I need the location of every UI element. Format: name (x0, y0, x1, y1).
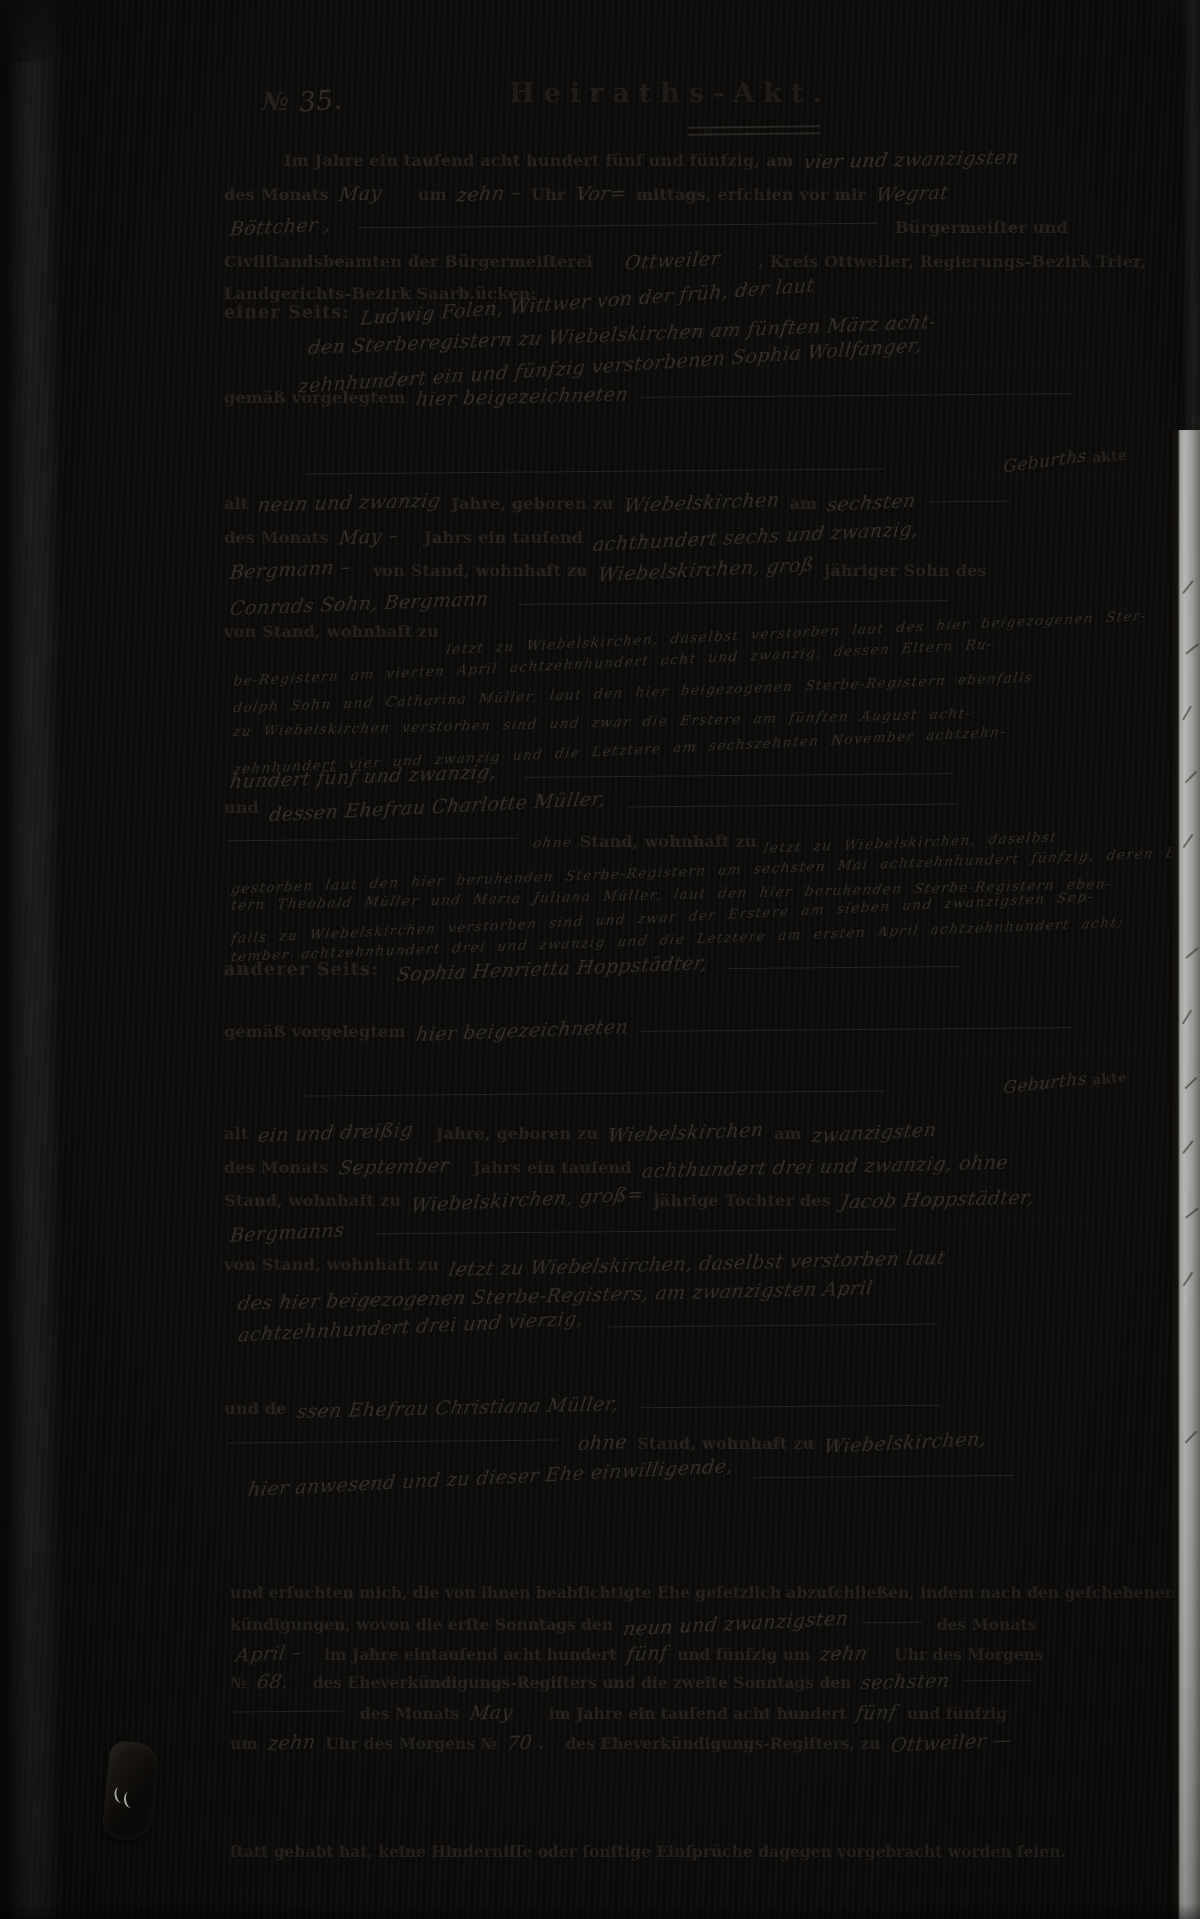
document-line: be-Registern am vierten April achtzehnhu… (228, 652, 999, 671)
document-line: gemäß vorgelegtemhier beigezeichneten (222, 1020, 1076, 1042)
spacer (521, 1718, 547, 1719)
handwritten-text: Vor= (574, 182, 628, 205)
spacer (390, 199, 416, 200)
printed-text: Civilſtandsbeamten der Bürgermeiſterei (224, 252, 593, 271)
form-rule (754, 1475, 1014, 1478)
spacer (359, 575, 371, 576)
handwritten-text: achthundert sechs und zwanzig, (592, 518, 921, 556)
document-line: unddessen Ehefrau Charlotte Müller, (222, 796, 962, 818)
document-line: ohneStand, wohnhaft zuWiebelskirchen, (222, 1432, 995, 1454)
handwritten-text: ssen Ehefrau Christiana Müller, (295, 1393, 620, 1423)
form-rule (227, 838, 517, 842)
document-line (300, 1086, 890, 1105)
printed-text: des Monats (224, 528, 329, 547)
handwritten-text: zehn (819, 1642, 870, 1665)
handwritten-text: ein und dreißig (257, 1119, 415, 1147)
handwritten-text: zehn – (455, 181, 522, 206)
printed-text: am (774, 1124, 802, 1143)
handwritten-text: Bergmann – (229, 556, 352, 584)
spacer (876, 1659, 892, 1660)
printed-text: Stand, wohnhaft zu (224, 1191, 401, 1210)
form-rule (729, 966, 959, 969)
document-line: Geburthsakte (999, 1066, 1129, 1097)
printed-text: im Jahre eintauſend acht hundert (324, 1645, 616, 1664)
printed-text: jährige Tochter des (654, 1191, 831, 1210)
handwritten-text: hundert fünf und zwanzig, (229, 761, 499, 793)
printed-text: Jahrs ein tauſend (424, 528, 583, 547)
spacer (505, 782, 519, 783)
document-line: gestorben laut den hier beruhenden Sterb… (226, 860, 1194, 879)
printed-text: alt (224, 494, 248, 513)
spacer (381, 974, 389, 975)
form-rule (862, 1622, 922, 1624)
printed-text: Jahrs ein tauſend (473, 1158, 632, 1177)
handwritten-text: Bergmanns (229, 1219, 346, 1247)
printed-text: und de (224, 1399, 287, 1418)
document-line: zehnhundert vier und zwanzig und die Let… (228, 740, 1012, 759)
document-line: dolph Sohn und Catharina Müller, laut de… (228, 682, 1039, 701)
spacer (614, 812, 622, 813)
handwritten-text: Wiebelskirchen (607, 1119, 766, 1147)
document-line: kündigungen, wovon die erſte Sonntags de… (228, 1613, 1038, 1635)
printed-text: des Eheverkündigungs-Regiſters und die z… (313, 1673, 852, 1692)
document-line: hier anwesend und zu dieser Ehe einwilli… (240, 1467, 1019, 1489)
document-line: Bergmann –von Stand, wohnhaft zuWiebelsk… (222, 559, 989, 581)
document-line: umzehnUhr des Morgens №70 .des Eheverkün… (228, 1732, 1020, 1754)
printed-text: jähriger Sohn des (824, 561, 987, 580)
spacer (592, 1332, 602, 1333)
handwritten-text: hier beigezeichneten (414, 1016, 629, 1046)
form-rule (641, 393, 1071, 398)
handwritten-text: Sophia Henrietta Hoppstädter, (395, 952, 709, 986)
document-line: Im Jahre ein tauſend acht hundert fünf u… (282, 149, 1026, 171)
document-line: des MonatsMay –Jahrs ein tauſendachthund… (222, 526, 927, 548)
printed-text: alt (224, 1124, 248, 1143)
document-line: achtzehnhundert drei und vierzig, (230, 1316, 942, 1338)
document-scan: { "header": { "no_label": "№", "no_value… (0, 0, 1200, 1919)
handwritten-text: neun und zwanzig (257, 490, 443, 517)
document-line: ohneStand, wohnhaft zuletzt zu Wiebelski… (222, 832, 1062, 851)
document-line: Civilſtandsbeamten der BürgermeiſtereiOt… (222, 250, 1148, 272)
handwritten-text: Conrads Sohn, Bergmann (229, 588, 491, 620)
printed-text: Stand, wohnhaft zu (580, 832, 757, 851)
document-line: des MonatsSeptemberJahrs ein tauſendacht… (222, 1156, 1016, 1178)
spacer (627, 1413, 635, 1414)
spacer (716, 974, 724, 975)
spacer (522, 846, 528, 847)
printed-text: akte (1091, 448, 1127, 467)
document-line: von Stand, wohnhaft zuletzt zu Wiebelski… (222, 622, 1153, 641)
spacer (553, 1748, 563, 1749)
handwritten-text: hier beigezeichneten (414, 383, 630, 410)
document-line: altneun und zwanzigJahre, geboren zuWieb… (222, 492, 1014, 514)
printed-text: des Monats (224, 1158, 329, 1177)
form-rule (640, 1405, 940, 1409)
handwritten-text: Geburths (1003, 446, 1087, 478)
spacer (422, 1138, 434, 1139)
printed-text: № (230, 1673, 247, 1692)
handwritten-text: April – (235, 1641, 304, 1666)
spacer (883, 232, 893, 233)
document-line: Bergmanns (222, 1222, 901, 1244)
printed-text: und erſuchten mich, die von ihnen beabſi… (230, 1583, 1200, 1602)
document-line: und dessen Ehefrau Christiana Müller, (222, 1397, 945, 1419)
handwritten-text: hier anwesend und zu dieser Ehe einwilli… (247, 1455, 735, 1501)
printed-text: und fünfzig um (677, 1645, 810, 1664)
printed-text: am (789, 494, 817, 513)
spacer (562, 1448, 570, 1449)
spacer (406, 542, 422, 543)
printed-text: um (230, 1734, 258, 1753)
form-rule (929, 501, 1009, 503)
handwritten-text: fünf (625, 1642, 668, 1666)
printed-text: kündigungen, wovon die erſte Sonntags de… (230, 1615, 613, 1634)
page-title: Heiraths-Akt. (430, 78, 910, 109)
document-line: Stand, wohnhaft zuWiebelskirchen, groß=j… (222, 1189, 1042, 1211)
printed-text: akte (1091, 1070, 1127, 1089)
handwritten-text: ohne (532, 834, 574, 851)
document-line: Geburthsakte (999, 444, 1129, 475)
facing-page-edge (1168, 0, 1200, 430)
document-line: anderer Seits:Sophia Henrietta Hoppstädt… (222, 958, 964, 980)
title-underline (688, 125, 820, 135)
document-line: hundert fünf und zwanzig, (222, 766, 959, 788)
form-rule (524, 773, 954, 778)
handwritten-text: letzt zu Wiebelskirchen, daselbst versto… (448, 1247, 948, 1281)
handwritten-text: sechsten (860, 1670, 952, 1694)
handwritten-text: Böttcher , (229, 213, 333, 240)
form-rule (607, 1324, 937, 1328)
document-line: tember achtzehnhundert drei und zwanzig … (226, 929, 1129, 948)
handwritten-text: zwanzigsten (810, 1119, 937, 1147)
printed-text: von Stand, wohnhaft zu (224, 622, 439, 641)
handwritten-text: 68. (255, 1671, 290, 1694)
printed-text: Im Jahre ein tauſend acht hundert fünf u… (284, 151, 794, 170)
spacer (348, 1718, 358, 1719)
spacer (457, 1172, 471, 1173)
handwritten-text: September (337, 1155, 451, 1180)
printed-text: Jahre, geboren zu (436, 1124, 598, 1143)
handwritten-text: Wiebelskirchen (622, 489, 781, 517)
document-line: des MonatsMayim Jahre ein tauſend acht h… (228, 1702, 1009, 1724)
form-rule (518, 600, 948, 605)
form-rule (305, 468, 885, 474)
spacer (339, 232, 353, 233)
printed-text: mittags, erſchien vor mir (636, 185, 866, 204)
form-rule (641, 1027, 1071, 1032)
document-line: altein und dreißigJahre, geboren zuWiebe… (222, 1122, 944, 1144)
printed-text: im Jahre ein tauſend acht hundert (549, 1704, 847, 1723)
handwritten-text: neun und zwanzigsten (622, 1607, 850, 1640)
printed-text: Bürgermeiſter und (895, 218, 1068, 237)
book-binding-shadow (0, 0, 62, 1919)
form-rule (358, 223, 878, 229)
handwritten-text: Ottweiler (624, 248, 722, 275)
document-line: einer Seits: (222, 303, 352, 323)
record-number-value: 35. (298, 85, 343, 119)
printed-text: Uhr (531, 185, 566, 204)
numero-sign: № (262, 87, 289, 116)
spacer (497, 609, 513, 610)
document-line: und erſuchten mich, die von ihnen beabſi… (228, 1583, 1200, 1602)
handwritten-text: 70 . (506, 1731, 547, 1755)
document-page: №35. Heiraths-Akt. Im Jahre ein tauſend … (0, 0, 1200, 1919)
printed-text: von Stand, wohnhaft zu (373, 561, 588, 580)
document-line: zu Wiebelskirchen verstorben sind und zw… (228, 712, 977, 731)
handwritten-text: ohne (577, 1431, 629, 1455)
spacer (297, 1687, 311, 1688)
spacer (310, 1659, 322, 1660)
handwritten-text: May (337, 182, 383, 206)
handwritten-text: fünf (855, 1701, 899, 1724)
handwritten-text: dessen Ehefrau Charlotte Müller, (268, 788, 607, 827)
printed-text: Jahre, geboren zu (451, 494, 613, 513)
handwritten-text: achthundert drei und zwanzig, ohne (640, 1151, 1010, 1182)
form-rule (963, 1680, 1033, 1682)
printed-text: des Monats (360, 1704, 460, 1723)
record-number: №35. (262, 86, 342, 117)
spacer (927, 1629, 935, 1630)
document-line: April –im Jahre eintauſend acht hundertf… (228, 1643, 1046, 1665)
printed-text: und (224, 798, 259, 817)
printed-text: und fünfzig (907, 1704, 1007, 1723)
printed-text: um (418, 185, 447, 204)
spacer (353, 1238, 371, 1239)
printed-text: ſtatt gehabt hat, keine Hinderniſſe oder… (230, 1842, 1066, 1861)
document-line: des hier beigezogenen Sterbe-Registers, … (230, 1285, 881, 1307)
printed-label: anderer Seits: (224, 960, 379, 980)
document-line: ſtatt gehabt hat, keine Hinderniſſe oder… (228, 1842, 1068, 1861)
printed-text: des Monats (224, 185, 329, 204)
printed-text: des Monats (937, 1615, 1037, 1634)
printed-text: Stand, wohnhaft zu (637, 1434, 814, 1453)
handwritten-text: sechsten (826, 490, 917, 516)
form-rule (227, 1440, 557, 1444)
page-bottom-shadow (0, 1903, 1200, 1919)
printed-text: gemäß vorgelegtem (224, 388, 406, 407)
form-rule (305, 1090, 885, 1096)
form-rule (376, 1229, 896, 1235)
handwritten-text: vier und zwanzigsten (802, 146, 1020, 173)
printed-text: Uhr des Morgens (894, 1645, 1044, 1664)
handwritten-text: May (468, 1701, 514, 1724)
document-line: des MonatsMayumzehn –UhrVor=mittags, erſ… (222, 183, 957, 205)
handwritten-text: zehn (266, 1731, 317, 1755)
printed-text: des Eheverkündigungs-Regiſters, zu (565, 1734, 880, 1753)
page-corner-dark (0, 0, 130, 62)
handwritten-text: Wiebelskirchen, groß (597, 554, 816, 587)
printed-text: Uhr des Morgens № (325, 1734, 497, 1753)
spacer (595, 266, 617, 267)
handwritten-text: Wiebelskirchen, groß= (410, 1183, 645, 1217)
form-rule (233, 1711, 343, 1713)
handwritten-text: May – (337, 524, 399, 549)
handwritten-text: Ottweiler — (889, 1729, 1013, 1757)
handwritten-text: Jacob Hoppstädter, (839, 1187, 1036, 1214)
form-rule (627, 804, 957, 808)
document-line (300, 464, 890, 483)
document-line: gemäß vorgelegtemhier beigezeichneten (222, 386, 1076, 408)
handwritten-text: Geburths (1003, 1069, 1088, 1099)
spacer (728, 266, 756, 267)
document-line: von Stand, wohnhaft zuletzt zu Wiebelski… (222, 1253, 954, 1275)
handwritten-text: Wiebelskirchen, (823, 1428, 988, 1458)
document-line: №68.des Eheverkündigungs-Regiſters und d… (228, 1671, 1038, 1693)
document-line: Böttcher ,Bürgermeiſter und (222, 216, 1070, 238)
printed-label: einer Seits: (224, 303, 350, 323)
printed-text: von Stand, wohnhaft zu (224, 1255, 439, 1274)
document-line: Conrads Sohn, Bergmann (222, 593, 953, 615)
facing-page-edge (1168, 430, 1200, 1919)
handwritten-text: Wegrat (875, 182, 950, 207)
spacer (741, 1483, 749, 1484)
printed-text: gemäß vorgelegtem (224, 1022, 406, 1041)
printed-text: , Kreis Ottweiler, Regierungs-Bezirk Tri… (758, 252, 1146, 271)
bookmark-mark (123, 1791, 138, 1809)
